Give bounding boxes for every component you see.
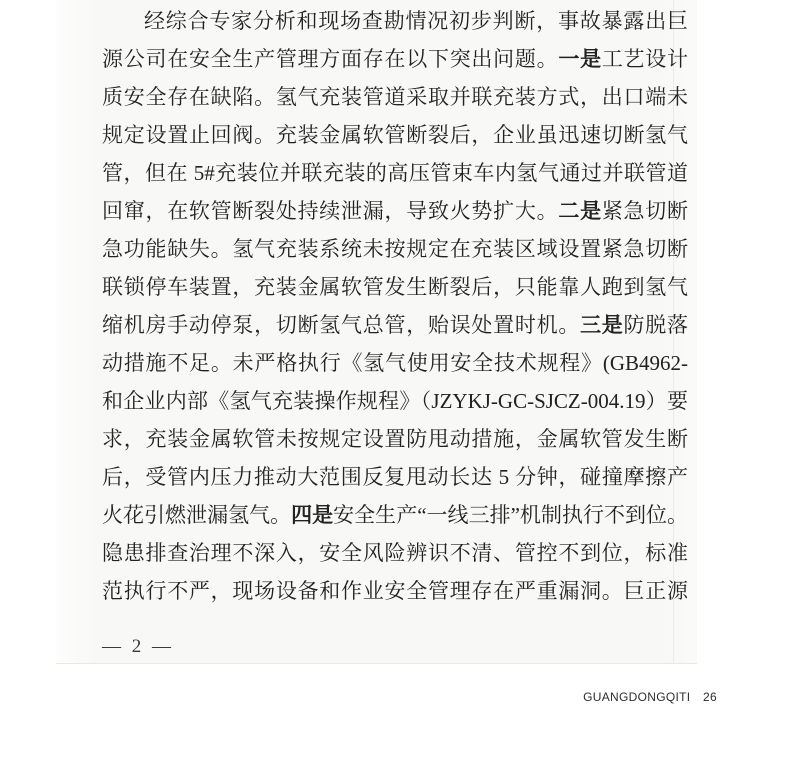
text-line: 隐患排查治理不深入，安全风险辨识不清、管控不到位，标准规 — [102, 534, 688, 572]
bold-marker: 二是 — [558, 200, 601, 223]
text-line: 火花引燃泄漏氢气。四是安全生产“一线三排”机制执行不到位。 — [102, 496, 688, 534]
text-line: 急功能缺失。氢气充装系统未按规定在充装区域设置紧急切断和 — [102, 230, 688, 268]
text-line: 后，受管内压力推动大范围反复甩动长达 5 分钟，碰撞摩擦产生 — [102, 458, 688, 496]
line-text: 管，但在 5#充装位并联充装的高压管束车内氢气通过并联管道 — [102, 161, 688, 185]
line-text: 质安全存在缺陷。氢气充装管道采取并联充装方式，出口端未按 — [102, 85, 688, 116]
line-text: 动措施不足。未严格执行《氢气使用安全技术规程》(GB4962-2008) — [102, 351, 688, 382]
text-line: 和企业内部《氢气充装操作规程》（JZYKJ-GC-SJCZ-004.19）要 — [102, 382, 688, 420]
line-text: 规定设置止回阀。充装金属软管断裂后，企业虽迅速切断氢气总 — [102, 123, 688, 154]
line-text: 和企业内部《氢气充装操作规程》（JZYKJ-GC-SJCZ-004.19）要 — [102, 389, 688, 413]
bold-marker: 三是 — [580, 314, 623, 337]
text-line: 经综合专家分析和现场查勘情况初步判断，事故暴露出巨正 — [102, 2, 688, 40]
text-line: 范执行不严，现场设备和作业安全管理存在严重漏洞。巨正源公 — [102, 572, 688, 610]
text-line: 求，充装金属软管未按规定设置防甩动措施，金属软管发生断裂 — [102, 420, 688, 458]
line-text: 范执行不严，现场设备和作业安全管理存在严重漏洞。巨正源公 — [102, 579, 688, 610]
line-text: 安全生产“一线三排”机制执行不到位。 — [333, 503, 688, 527]
text-line: 缩机房手动停泵，切断氢气总管，贻误处置时机。三是防脱落甩 — [102, 306, 688, 344]
text-line: 管，但在 5#充装位并联充装的高压管束车内氢气通过并联管道 — [102, 154, 688, 192]
text-line: 回窜，在软管断裂处持续泄漏，导致火势扩大。二是紧急切断应 — [102, 192, 688, 230]
line-text: 源公司在安全生产管理方面存在以下突出问题。 — [102, 47, 558, 71]
line-text: 求，充装金属软管未按规定设置防甩动措施，金属软管发生断裂 — [102, 427, 688, 458]
text-line: 源公司在安全生产管理方面存在以下突出问题。一是工艺设计本 — [102, 40, 688, 78]
line-text: 隐患排查治理不深入，安全风险辨识不清、管控不到位，标准规 — [102, 541, 688, 572]
line-text: 急功能缺失。氢气充装系统未按规定在充装区域设置紧急切断和 — [102, 237, 688, 268]
text-line: 联锁停车装置，充装金属软管发生断裂后，只能靠人跑到氢气压 — [102, 268, 688, 306]
line-text: 后，受管内压力推动大范围反复甩动长达 5 分钟，碰撞摩擦产生 — [102, 465, 688, 496]
line-text: 火花引燃泄漏氢气。 — [102, 503, 291, 527]
line-text: 回窜，在软管断裂处持续泄漏，导致火势扩大。 — [102, 199, 558, 223]
line-text: 联锁停车装置，充装金属软管发生断裂后，只能靠人跑到氢气压 — [102, 275, 688, 306]
body-text: 经综合专家分析和现场查勘情况初步判断，事故暴露出巨正源公司在安全生产管理方面存在… — [102, 2, 688, 610]
footer-watermark: GUANGDONGQITI 26 — [583, 690, 717, 704]
text-line: 动措施不足。未严格执行《氢气使用安全技术规程》(GB4962-2008) — [102, 344, 688, 382]
text-line: 规定设置止回阀。充装金属软管断裂后，企业虽迅速切断氢气总 — [102, 116, 688, 154]
watermark-brand: GUANGDONGQITI — [583, 690, 690, 704]
watermark-number: 26 — [703, 690, 717, 704]
text-line: 质安全存在缺陷。氢气充装管道采取并联充装方式，出口端未按 — [102, 78, 688, 116]
bold-marker: 四是 — [291, 504, 333, 527]
line-text: 经综合专家分析和现场查勘情况初步判断，事故暴露出巨正 — [102, 9, 688, 40]
bold-marker: 一是 — [558, 48, 601, 71]
scanned-page: 经综合专家分析和现场查勘情况初步判断，事故暴露出巨正源公司在安全生产管理方面存在… — [56, 0, 697, 664]
page-number: — 2 — — [102, 636, 174, 658]
screenshot-canvas: 经综合专家分析和现场查勘情况初步判断，事故暴露出巨正源公司在安全生产管理方面存在… — [0, 0, 790, 776]
line-text: 缩机房手动停泵，切断氢气总管，贻误处置时机。 — [102, 313, 580, 337]
